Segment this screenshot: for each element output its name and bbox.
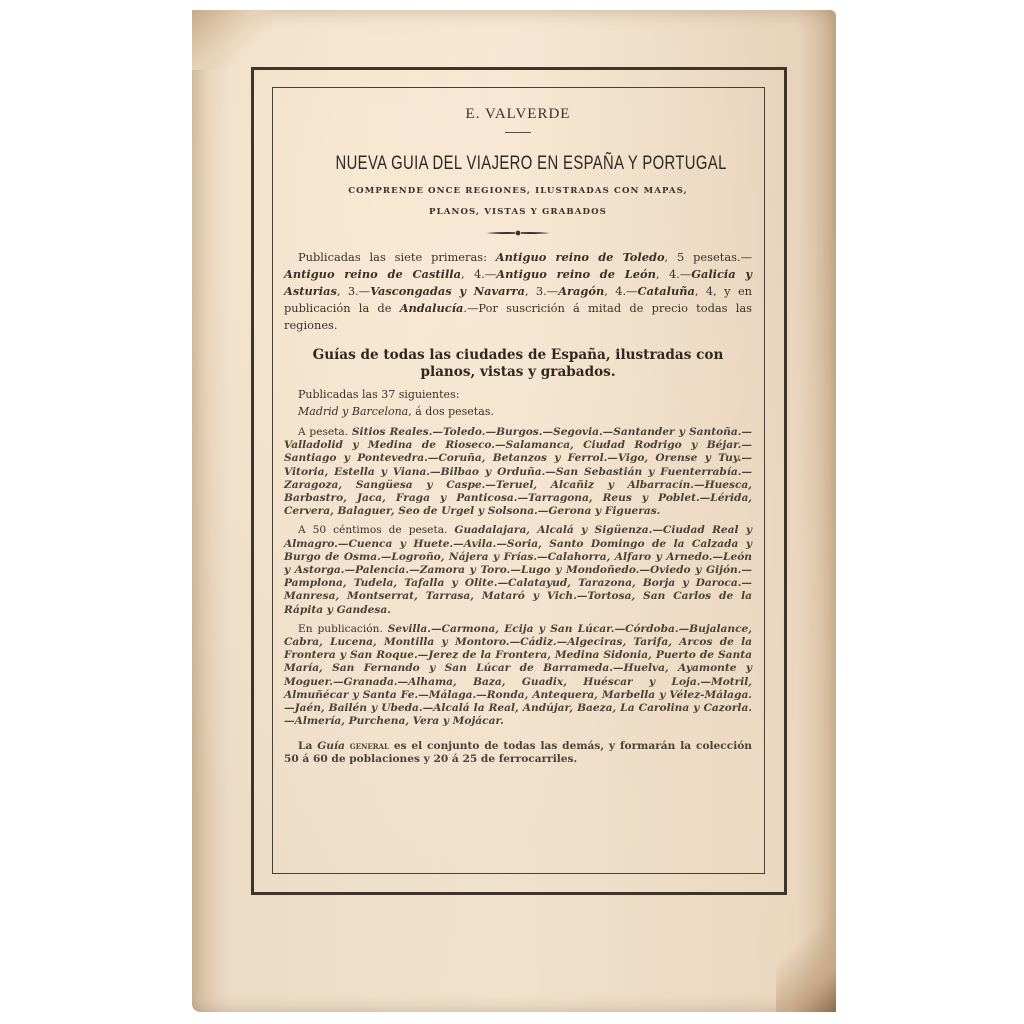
group-lead: En publicación. (298, 623, 388, 635)
region-price: , 5 pesetas.— (665, 250, 752, 264)
final-paragraph: La Guía general es el conjunto de todas … (284, 740, 752, 766)
region-price: , 4.— (656, 267, 691, 281)
subtitle-line-2: PLANOS, VISTAS Y GRABADOS (284, 202, 752, 223)
group-items: Guadalajara, Alcalá y Sigüenza.—Ciudad R… (284, 524, 752, 615)
group-in-publication: En publicación. Sevilla.—Carmona, Ecija … (284, 623, 752, 729)
madrid-barcelona-line: Madrid y Barcelona, á dos pesetas. (284, 404, 752, 421)
page-content: E. VALVERDE NUEVA GUIA DEL VIAJERO EN ES… (284, 100, 752, 766)
regions-paragraph: Publicadas las siete primeras: Antiguo r… (284, 249, 752, 334)
regions-intro: Publicadas las siete primeras: (298, 250, 496, 264)
region-price: , 3.— (525, 284, 558, 298)
madrid-barcelona-names: Madrid y Barcelona (298, 405, 408, 418)
group-items: Sevilla.—Carmona, Ecija y San Lúcar.—Cór… (284, 623, 752, 727)
region-name: Cataluña (638, 284, 695, 298)
final-general: general (350, 740, 389, 752)
ornament-divider-icon (486, 229, 550, 237)
madrid-barcelona-price: , á dos pesetas. (408, 405, 494, 418)
divider-rule (505, 132, 531, 133)
author-name: E. VALVERDE (284, 106, 752, 123)
region-name: Antiguo reino de León (496, 267, 656, 281)
region-name: Antiguo reino de Toledo (496, 250, 665, 264)
worn-corner-top-left (192, 10, 272, 70)
group-items: Sitios Reales.—Toledo.—Burgos.—Segovia.—… (284, 426, 752, 517)
book-subtitle: COMPRENDE ONCE REGIONES, ILUSTRADAS CON … (284, 181, 752, 223)
worn-corner-bottom-right (776, 892, 836, 1012)
group-one-peseta: A peseta. Sitios Reales.—Toledo.—Burgos.… (284, 426, 752, 518)
region-price: , 3.— (337, 284, 370, 298)
region-name: Vascongadas y Navarra (370, 284, 525, 298)
region-price: , 4.— (604, 284, 637, 298)
final-guia: Guía (317, 740, 345, 752)
group-lead: A 50 céntimos de peseta. (298, 524, 454, 536)
cities-heading: Guías de todas las ciudades de España, i… (284, 347, 752, 381)
group-fifty-centimos: A 50 céntimos de peseta. Guadalajara, Al… (284, 524, 752, 616)
region-name: Aragón (558, 284, 604, 298)
final-pre: La (298, 740, 317, 752)
group-lead: A peseta. (298, 426, 352, 438)
subtitle-line-1: COMPRENDE ONCE REGIONES, ILUSTRADAS CON … (284, 181, 752, 202)
book-title: NUEVA GUIA DEL VIAJERO EN ESPAÑA Y PORTU… (335, 153, 700, 175)
published-count: Publicadas las 37 siguientes: (284, 387, 752, 404)
region-name: Antiguo reino de Castilla (284, 267, 461, 281)
region-price: , 4.— (461, 267, 496, 281)
region-name: Andalucía (400, 301, 464, 315)
